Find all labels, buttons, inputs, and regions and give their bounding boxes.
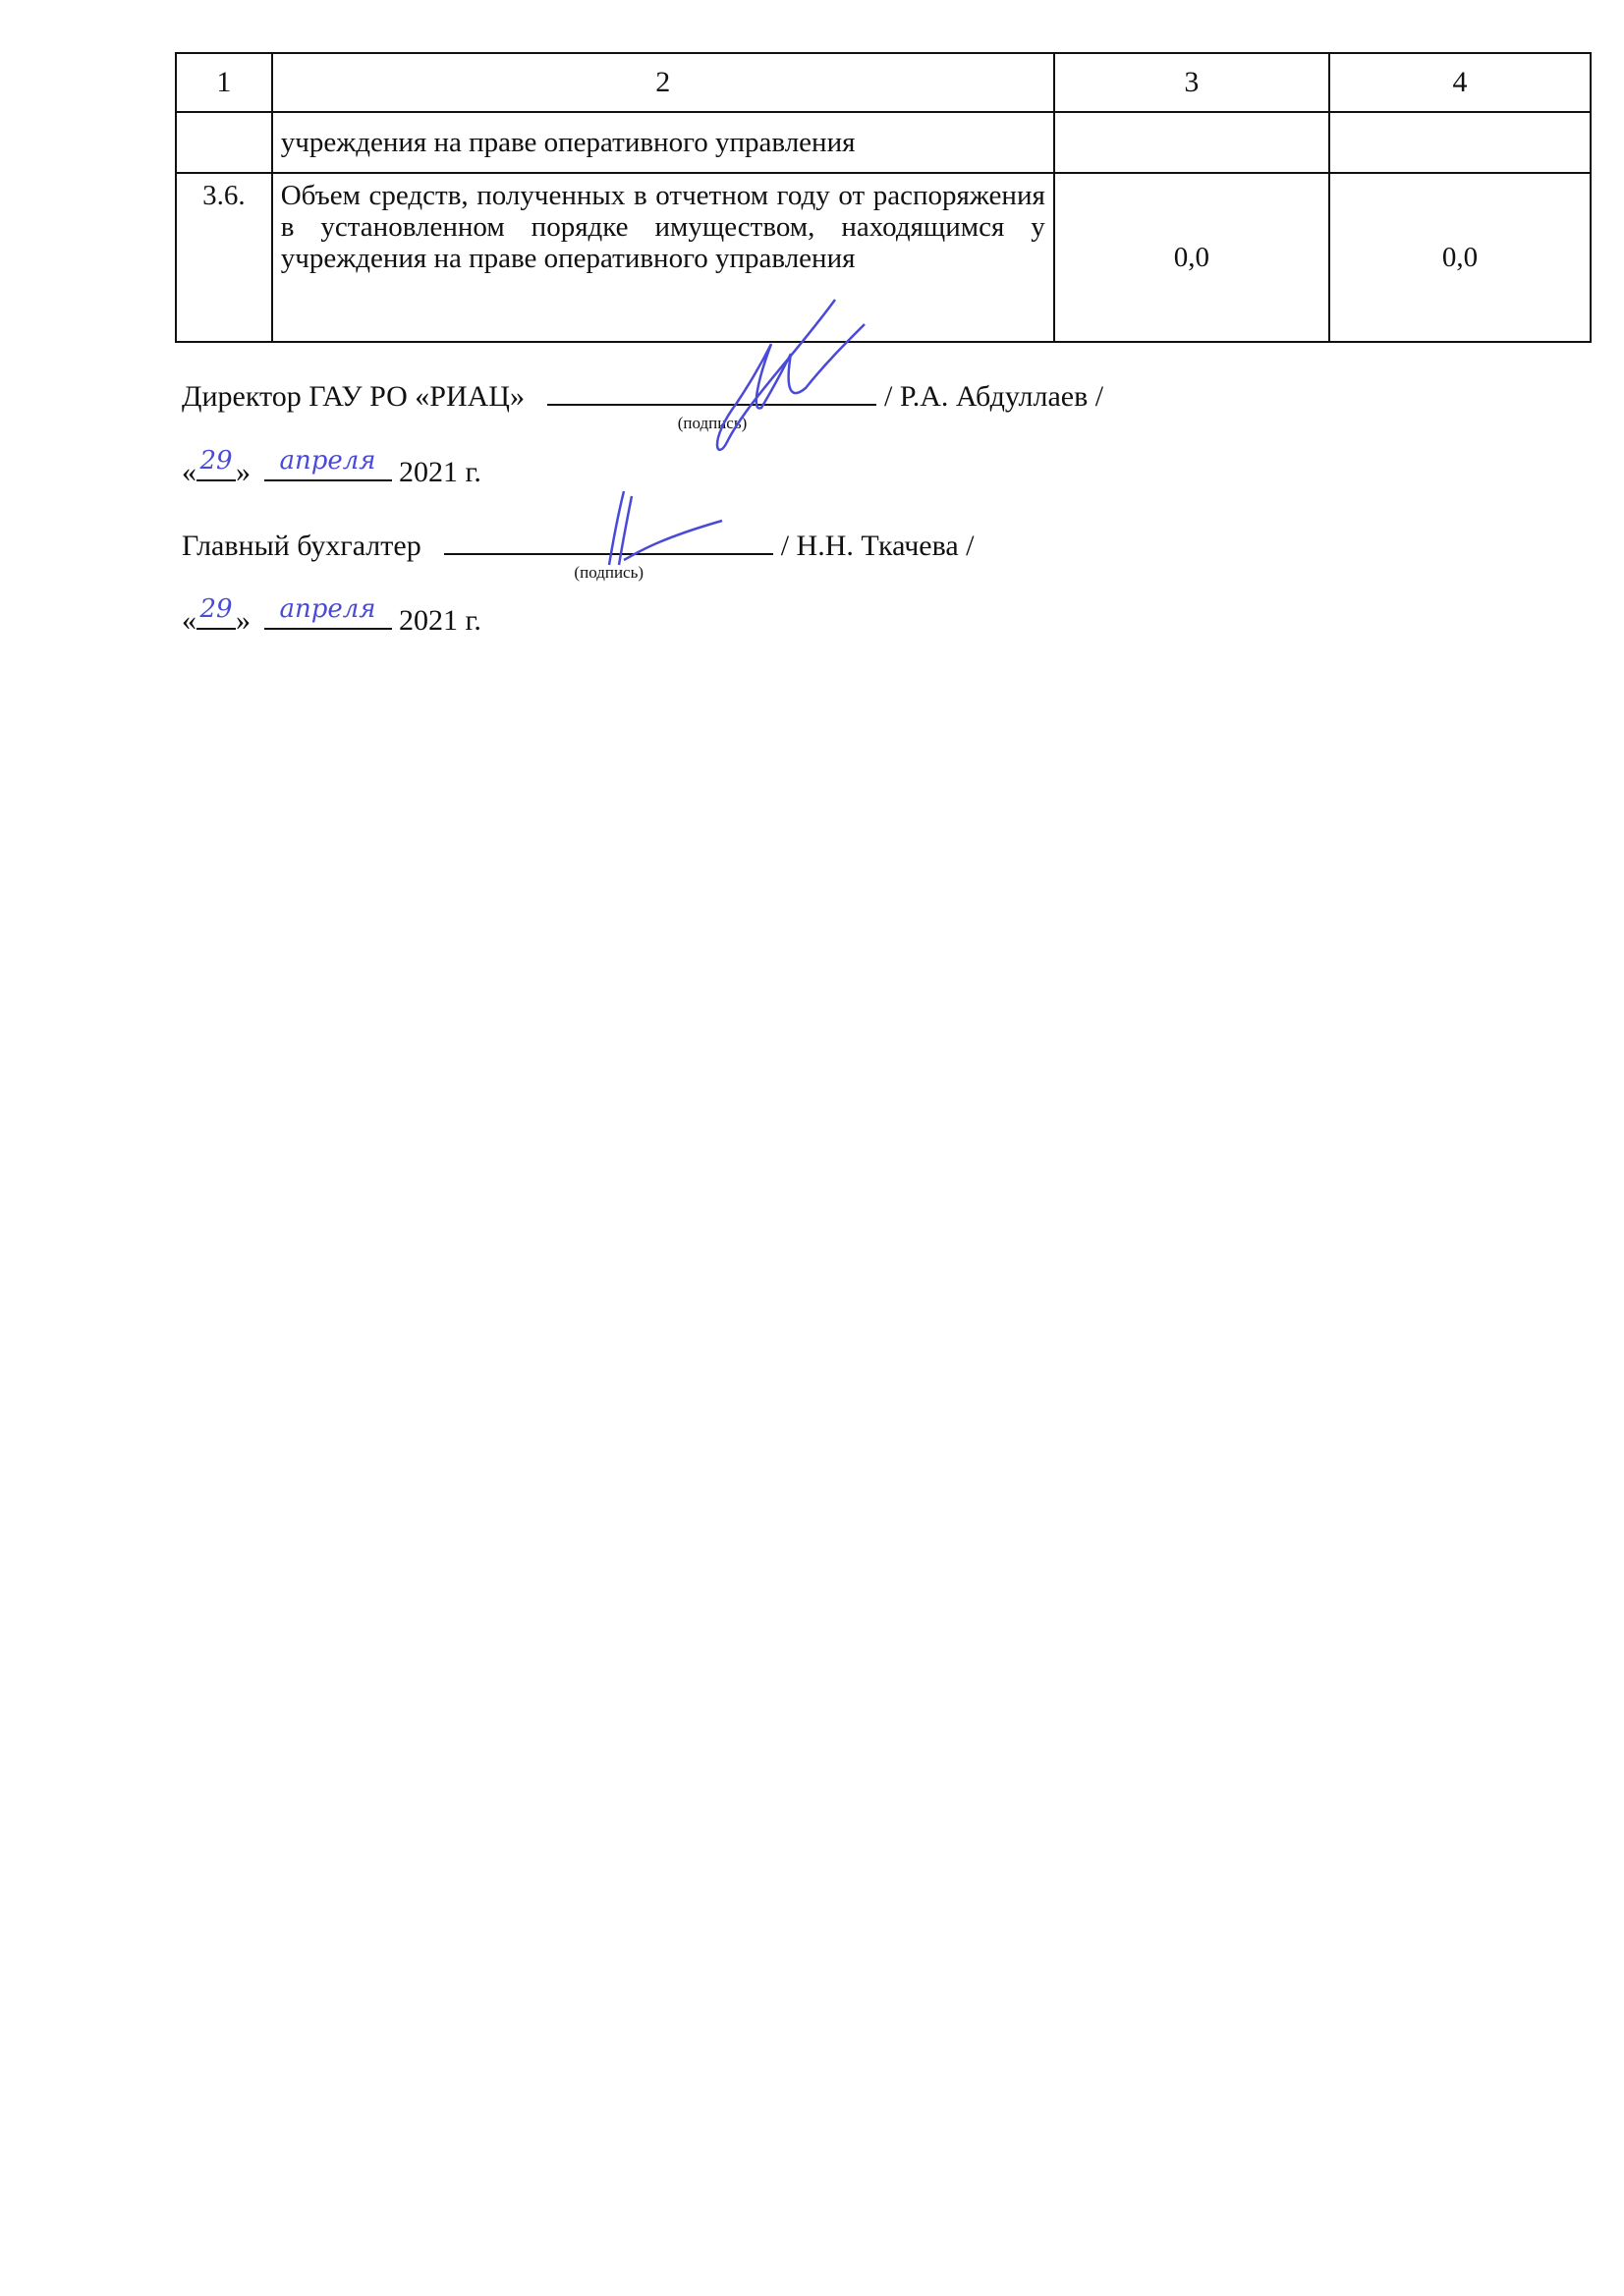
accountant-date-day: 29 — [196, 594, 236, 624]
signature-caption: (подпись) — [678, 414, 748, 433]
accountant-date-day-field: 29 — [196, 602, 236, 630]
row-description: Объем средств, полученных в отчетном год… — [272, 173, 1054, 342]
header-col-1: 1 — [176, 53, 272, 112]
director-date-day: 29 — [196, 446, 236, 476]
director-date-month: апреля — [264, 446, 392, 476]
accountant-name: / Н.Н. Ткачева / — [781, 530, 975, 562]
header-col-2: 2 — [272, 53, 1054, 112]
row-value-col4 — [1329, 112, 1591, 173]
row-value-col3 — [1054, 112, 1329, 173]
header-col-4: 4 — [1329, 53, 1591, 112]
row-description: учреждения на праве оперативного управле… — [272, 112, 1054, 173]
director-date-day-field: 29 — [196, 454, 236, 481]
row-value-col3: 0,0 — [1054, 173, 1329, 342]
table-row: 3.6. Объем средств, полученных в отчетно… — [176, 173, 1591, 342]
director-signature-line: Директор ГАУ РО «РИАЦ» (подпись) / Р.А. … — [182, 378, 1103, 414]
row-number — [176, 112, 272, 173]
director-date-month-field: апреля — [264, 454, 392, 481]
row-value-col4: 0,0 — [1329, 173, 1591, 342]
report-table: 1 2 3 4 учреждения на праве оперативного… — [175, 52, 1592, 343]
table-row: учреждения на праве оперативного управле… — [176, 112, 1591, 173]
table-header-row: 1 2 3 4 — [176, 53, 1591, 112]
signature-caption: (подпись) — [574, 563, 644, 583]
director-date-year: 2021 г. — [399, 456, 481, 488]
accountant-date-month-field: апреля — [264, 602, 392, 630]
row-number: 3.6. — [176, 173, 272, 342]
director-signature-field: (подпись) — [547, 378, 876, 406]
director-position: Директор ГАУ РО «РИАЦ» — [182, 380, 525, 413]
accountant-date-year: 2021 г. — [399, 604, 481, 637]
accountant-date-line: «29» апреля 2021 г. — [182, 602, 481, 638]
accountant-date-month: апреля — [264, 594, 392, 624]
accountant-position: Главный бухгалтер — [182, 530, 421, 562]
accountant-signature-field: (подпись) — [444, 528, 773, 555]
header-col-3: 3 — [1054, 53, 1329, 112]
accountant-signature-line: Главный бухгалтер (подпись) / Н.Н. Ткаче… — [182, 528, 975, 563]
director-date-line: «29» апреля 2021 г. — [182, 454, 481, 489]
director-name: / Р.А. Абдуллаев / — [884, 380, 1103, 413]
